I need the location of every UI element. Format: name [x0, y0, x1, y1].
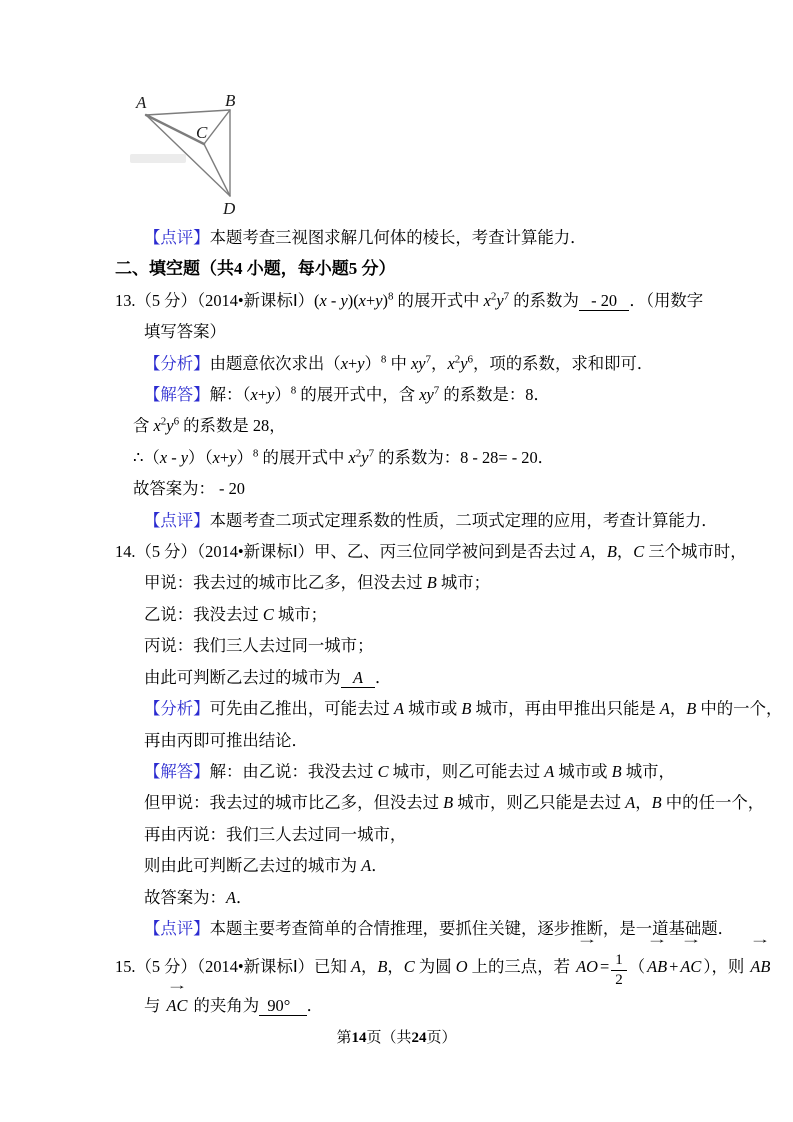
- analysis-line-q14-cont: 再由丙即可推出结论．: [144, 725, 685, 756]
- text-segment: -: [327, 291, 341, 310]
- text-flow: 【点评】本题考查三视图求解几何体的棱长，考查计算能力．二、填空题（共4 小题，每…: [115, 222, 685, 1022]
- text-segment: ），则: [703, 957, 748, 976]
- text-segment: 则由此可判断乙去过的城市为: [144, 856, 361, 875]
- text-segment: （: [629, 957, 645, 976]
- text-segment: 但甲说：我去过的城市比乙多，但没去过: [144, 793, 443, 812]
- document-page: A B C D 【点评】本题考查三视图求解几何体的棱长，考查计算能力．二、填空题…: [0, 0, 793, 1122]
- text-segment: x: [213, 448, 220, 467]
- text-segment: 的展开式中: [258, 448, 348, 467]
- text-segment: y: [340, 291, 347, 310]
- solution-line-q13: 含 x2y6 的系数是 28，: [133, 410, 685, 441]
- edge-CD: [204, 144, 230, 196]
- text-segment: B: [461, 699, 471, 718]
- text-segment: ，: [431, 354, 447, 373]
- text-segment: 的展开式中: [393, 291, 483, 310]
- vector-arrow-icon: →: [166, 979, 188, 991]
- vertex-label-d: D: [222, 199, 236, 218]
- text-segment: C: [404, 957, 415, 976]
- text-segment: x: [447, 354, 454, 373]
- text-segment: y: [361, 448, 368, 467]
- page-footer: 第14页（共24页）: [0, 1028, 793, 1048]
- bracket-label: 【解答】: [144, 385, 210, 404]
- text-segment: 14.（5 分）（2014•新课标Ⅰ）甲、乙、丙三位同学被问到是否去过: [115, 542, 580, 561]
- solution-line-q13: ∴（x - y）（x+y）8 的展开式中 x2y7 的系数为：8 - 28= -…: [133, 442, 685, 473]
- fraction: 12: [611, 952, 627, 990]
- text-segment: 为圆: [415, 957, 456, 976]
- text-segment: 甲说：我去过的城市比乙多，但没去过: [144, 573, 427, 592]
- text-segment: 城市；: [437, 573, 490, 592]
- comment-line-q13: 【点评】本题考查二项式定理系数的性质，二项式定理的应用，考查计算能力．: [144, 505, 685, 536]
- answer-blank: - 20: [579, 291, 630, 311]
- answer-line-q13: 故答案为： - 20: [133, 473, 685, 504]
- text-segment: ，: [361, 957, 377, 976]
- text-segment: ∴（: [133, 448, 160, 467]
- text-segment: 13.（5 分）（2014•新课标Ⅰ）(: [115, 291, 320, 310]
- text-segment: 页（共: [366, 1030, 411, 1046]
- text-segment: 城市，则乙可能去过: [389, 762, 545, 781]
- text-segment: A: [226, 888, 236, 907]
- text-segment: 再由丙即可推出结论．: [144, 731, 308, 750]
- text-segment: x: [359, 291, 366, 310]
- text-segment: ）: [365, 354, 381, 373]
- problem-14-stem-cont: 由此可判断乙去过的城市为 A ．: [144, 662, 685, 693]
- answer-blank: 90°: [259, 996, 307, 1016]
- text-segment: ．（用数字: [629, 291, 703, 310]
- bracket-label: 【分析】: [144, 699, 210, 718]
- edge-CB: [204, 110, 230, 144]
- text-segment: B: [377, 957, 387, 976]
- vertex-label-b: B: [225, 92, 236, 110]
- text-segment: 的系数为：8 - 28= - 20．: [374, 448, 554, 467]
- text-segment: 上的三点，若: [468, 957, 575, 976]
- text-segment: 故答案为：: [144, 888, 226, 907]
- text-segment: y: [166, 416, 173, 435]
- vector-arrow-icon: →: [576, 933, 598, 945]
- vector-AC: →AC: [680, 944, 701, 990]
- text-segment: A: [544, 762, 554, 781]
- text-segment: 的系数是：8．: [439, 385, 550, 404]
- text-segment: +: [258, 385, 267, 404]
- text-segment: y: [460, 354, 467, 373]
- text-segment: 15.（5 分）（2014•新课标Ⅰ）已知: [115, 957, 351, 976]
- vertex-label-a: A: [135, 93, 147, 112]
- text-segment: B: [443, 793, 453, 812]
- text-segment: 由题意依次求出（: [210, 354, 341, 373]
- text-segment: ，: [670, 699, 686, 718]
- bracket-label: 【解答】: [144, 762, 210, 781]
- text-segment: 由此可判断乙去过的城市为: [144, 668, 341, 687]
- text-segment: 页）: [427, 1030, 457, 1046]
- text-segment: 的夹角为: [189, 996, 259, 1015]
- text-segment: 乙说：我没去过: [144, 605, 263, 624]
- problem-15-stem: 15.（5 分）（2014•新课标Ⅰ）已知 A，B，C 为圆 O 上的三点，若 …: [115, 944, 685, 990]
- text-segment: +: [220, 448, 229, 467]
- answer-blank: A: [341, 668, 375, 688]
- vector-AB: →AB: [647, 944, 667, 990]
- text-segment: 城市，再由甲推出只能是: [471, 699, 660, 718]
- problem-13-stem: 13.（5 分）（2014•新课标Ⅰ）(x - y)(x+y)8 的展开式中 x…: [115, 285, 685, 316]
- text-segment: ，: [590, 542, 606, 561]
- text-segment: x: [154, 416, 161, 435]
- text-segment: ．: [371, 856, 387, 875]
- text-segment: 故答案为： - 20: [133, 479, 245, 498]
- text-segment: )(: [348, 291, 359, 310]
- solution-line-q14: 则由此可判断乙去过的城市为 A．: [144, 850, 685, 881]
- text-segment: ，: [635, 793, 651, 812]
- section-heading: 二、填空题（共4 小题，每小题5 分）: [115, 253, 685, 284]
- text-segment: +: [669, 957, 678, 976]
- comment-line-q14: 【点评】本题主要考查简单的合情推理，要抓住关键，逐步推断，是一道基础题．: [144, 913, 685, 944]
- text-segment: 中: [386, 354, 411, 373]
- text-segment: 三个城市时，: [644, 542, 746, 561]
- text-segment: x: [320, 291, 327, 310]
- text-segment: A: [394, 699, 404, 718]
- text-segment: 中的一个，: [696, 699, 782, 718]
- page: { "colors": { "label_blue": "#2b2bd0", "…: [0, 0, 793, 1122]
- text-segment: x: [251, 385, 258, 404]
- text-segment: B: [686, 699, 696, 718]
- text-segment: ．: [375, 668, 391, 687]
- problem-14-stem: 14.（5 分）（2014•新课标Ⅰ）甲、乙、丙三位同学被问到是否去过 A，B，…: [115, 536, 685, 567]
- vector-arrow-icon: →: [646, 933, 668, 945]
- problem-14-stem-cont: 乙说：我没去过 C 城市；: [144, 599, 685, 630]
- vertex-label-c: C: [196, 123, 208, 142]
- text-segment: 的系数为: [509, 291, 579, 310]
- text-segment: C: [378, 762, 389, 781]
- text-segment: 解：由乙说：我没去过: [210, 762, 378, 781]
- solution-line-q14: 再由丙说：我们三人去过同一城市，: [144, 819, 685, 850]
- text-segment: A: [625, 793, 635, 812]
- text-segment: 解：（: [210, 385, 251, 404]
- text-segment: xy: [411, 354, 426, 373]
- text-segment: A: [351, 957, 361, 976]
- text-segment: x: [484, 291, 491, 310]
- text-segment: +: [366, 291, 375, 310]
- geometry-figure: A B C D: [127, 92, 269, 222]
- text-segment: 城市，则乙只能是去过: [453, 793, 625, 812]
- text-segment: ）: [274, 385, 290, 404]
- text-segment: O: [456, 957, 468, 976]
- text-segment: +: [348, 354, 357, 373]
- text-segment: -: [167, 448, 181, 467]
- text-segment: 与: [144, 996, 165, 1015]
- text-segment: C: [633, 542, 644, 561]
- text-segment: ）: [236, 448, 252, 467]
- edge-AB: [146, 110, 230, 115]
- text-segment: x: [349, 448, 356, 467]
- text-segment: ）（: [188, 448, 213, 467]
- text-segment: 丙说：我们三人去过同一城市；: [144, 636, 373, 655]
- text-segment: 本题考查二项式定理系数的性质，二项式定理的应用，考查计算能力．: [210, 511, 718, 530]
- text-segment: A: [361, 856, 371, 875]
- problem-13-stem-cont: 填写答案）: [144, 316, 685, 347]
- vector-AC: →AC: [167, 990, 188, 1021]
- bracket-label: 【点评】: [144, 228, 210, 247]
- text-segment: 第: [336, 1030, 351, 1046]
- text-segment: B: [612, 762, 622, 781]
- solution-line-q14: 但甲说：我去过的城市比乙多，但没去过 B 城市，则乙只能是去过 A，B 中的任一…: [144, 787, 685, 818]
- text-segment: 城市或: [554, 762, 611, 781]
- text-segment: 城市或: [404, 699, 461, 718]
- answer-blank: 14: [351, 1030, 366, 1046]
- text-segment: C: [263, 605, 274, 624]
- text-segment: 填写答案）: [144, 322, 226, 341]
- text-segment: B: [427, 573, 437, 592]
- analysis-line-q13: 【分析】由题意依次求出（x+y）8 中 xy7，x2y6，项的系数，求和即可．: [144, 348, 685, 379]
- text-segment: y: [181, 448, 188, 467]
- text-segment: 二、填空题（共4 小题，每小题5 分）: [115, 259, 396, 278]
- text-segment: ，: [617, 542, 633, 561]
- text-segment: ．: [236, 888, 252, 907]
- bracket-label: 【点评】: [144, 919, 210, 938]
- text-segment: x: [341, 354, 348, 373]
- comment-line-q12: 【点评】本题考查三视图求解几何体的棱长，考查计算能力．: [144, 222, 685, 253]
- figure-edges: [146, 110, 230, 196]
- answer-blank: 24: [412, 1030, 427, 1046]
- vector-AO: →AO: [576, 944, 598, 990]
- text-segment: ，项的系数，求和即可．: [473, 354, 653, 373]
- text-segment: B: [607, 542, 617, 561]
- problem-14-stem-cont: 丙说：我们三人去过同一城市；: [144, 630, 685, 661]
- text-segment: 中的任一个，: [662, 793, 764, 812]
- analysis-line-q14: 【分析】可先由乙推出，可能去过 A 城市或 B 城市，再由甲推出只能是 A，B …: [144, 693, 685, 724]
- text-segment: 城市；: [274, 605, 327, 624]
- text-segment: 含: [133, 416, 154, 435]
- vector-arrow-icon: →: [750, 933, 772, 945]
- text-segment: y: [496, 291, 503, 310]
- text-segment: A: [580, 542, 590, 561]
- solution-line-q13: 【解答】解：（x+y）8 的展开式中，含 xy7 的系数是：8．: [144, 379, 685, 410]
- text-segment: ，: [387, 957, 403, 976]
- text-segment: 可先由乙推出，可能去过: [210, 699, 394, 718]
- problem-15-stem-cont: 与 →AC 的夹角为 90° ．: [144, 990, 685, 1021]
- vector-AB: →AB: [750, 944, 770, 990]
- bracket-label: 【点评】: [144, 511, 210, 530]
- answer-line-q14: 故答案为：A．: [144, 882, 685, 913]
- text-segment: =: [600, 957, 609, 976]
- text-segment: A: [660, 699, 670, 718]
- problem-14-stem-cont: 甲说：我去过的城市比乙多，但没去过 B 城市；: [144, 567, 685, 598]
- text-segment: 的展开式中，含: [296, 385, 419, 404]
- text-segment: ．: [307, 996, 323, 1015]
- text-segment: xy: [419, 385, 434, 404]
- bracket-label: 【分析】: [144, 354, 210, 373]
- text-segment: y: [357, 354, 364, 373]
- text-segment: 城市，: [622, 762, 675, 781]
- vector-arrow-icon: →: [680, 933, 702, 945]
- text-segment: 本题考查三视图求解几何体的棱长，考查计算能力．: [210, 228, 587, 247]
- text-segment: B: [652, 793, 662, 812]
- text-segment: 再由丙说：我们三人去过同一城市，: [144, 825, 406, 844]
- text-segment: 的系数是 28，: [179, 416, 286, 435]
- watermark-smudge: [130, 154, 186, 163]
- solution-line-q14: 【解答】解：由乙说：我没去过 C 城市，则乙可能去过 A 城市或 B 城市，: [144, 756, 685, 787]
